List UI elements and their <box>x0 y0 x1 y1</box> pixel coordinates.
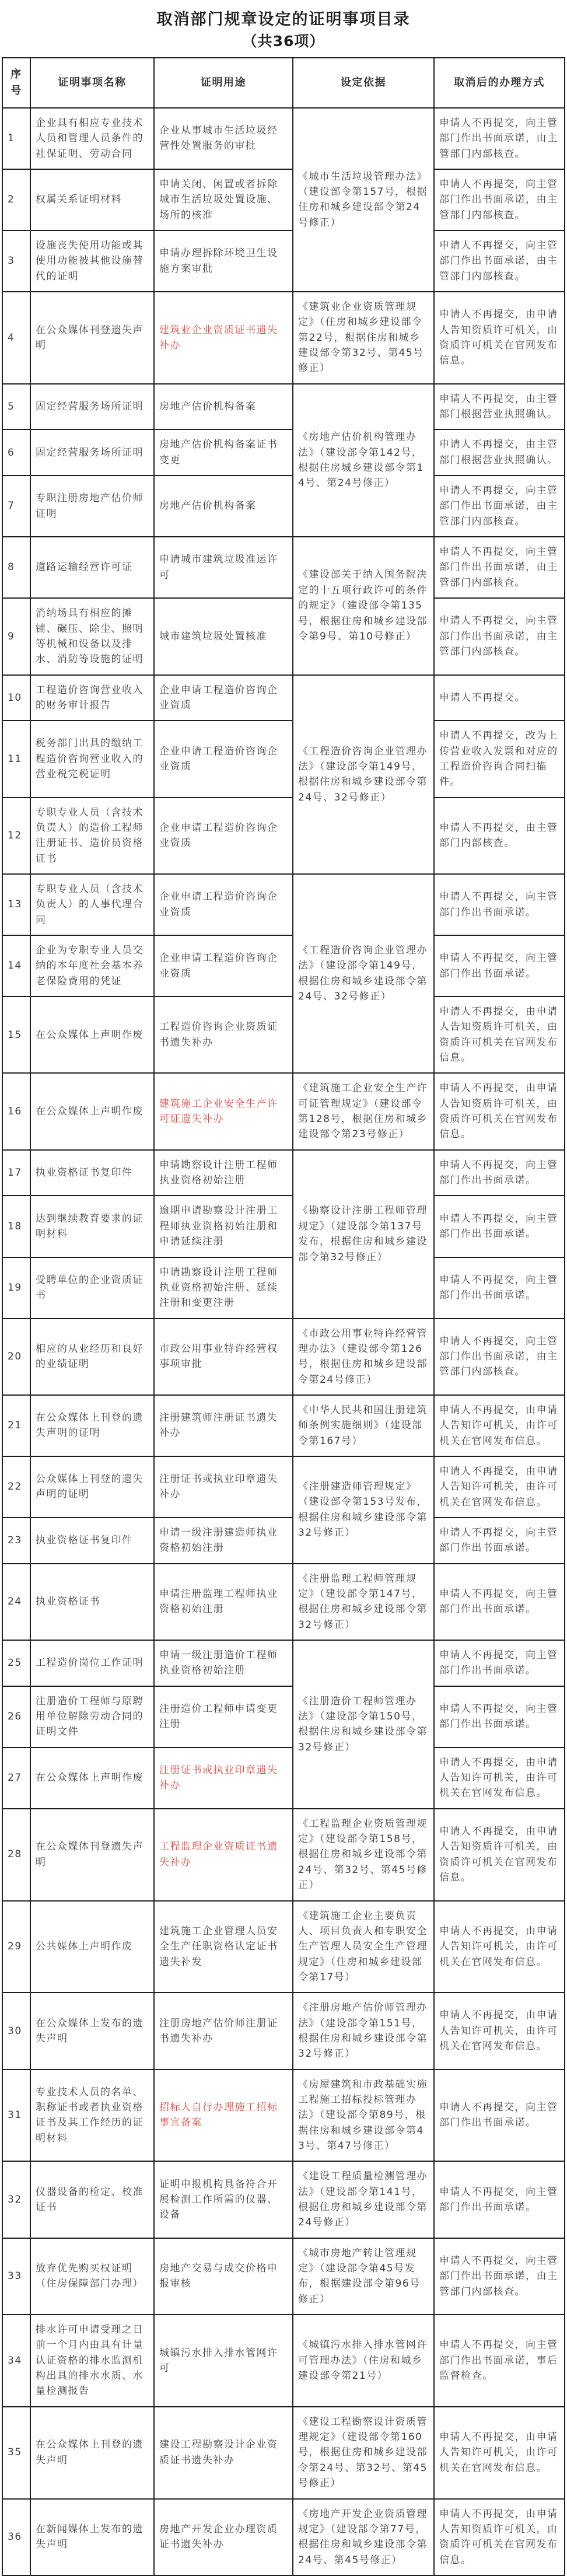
cell-row-number: 24 <box>2 1564 30 1640</box>
cell-purpose: 企业申请工程造价咨询企业资质 <box>154 798 293 874</box>
cell-purpose: 证明申报机构具备符合开展检测工作所需的仪器、设备 <box>154 2161 293 2238</box>
cell-item-name: 执业资格证书 <box>30 1564 154 1640</box>
cell-row-number: 26 <box>2 1686 30 1747</box>
cell-method: 申请人不再提交，由申请人告知许可机关，由许可机关在官网发布信息。 <box>434 1901 565 1993</box>
cell-purpose: 注册证书或执业印章遗失补办 <box>154 1747 293 1809</box>
cell-method: 申请人不再提交，向主管部门作出书面承诺，由主管部门内部核查。 <box>434 537 565 598</box>
cell-purpose: 房地产交易与成交价格申报审核 <box>154 2238 293 2315</box>
cell-row-number: 13 <box>2 874 30 935</box>
cell-row-number: 14 <box>2 935 30 997</box>
cell-purpose: 注册造价工程师申请变更注册 <box>154 1686 293 1747</box>
cell-method: 申请人不再提交，向主管部门作出书面承诺，由主管部门内部核查。 <box>434 476 565 537</box>
header-no: 序号 <box>2 58 30 108</box>
cell-item-name: 在公众媒体上声明作废 <box>30 1073 154 1149</box>
cell-row-number: 20 <box>2 1319 30 1395</box>
cell-method: 申请人不再提交，由申请人告知资质许可机关，由资质许可机关在官网发布信息。 <box>434 1809 565 1901</box>
cell-item-name: 放弃优先购买权证明（住房保障部门办理） <box>30 2238 154 2315</box>
page-subtitle: （共36项） <box>0 31 567 51</box>
cell-purpose: 房地产开发企业办理资质证书遗失补办 <box>154 2499 293 2575</box>
cell-method: 申请人不再提交，由申请人告知资质许可机关，由资质许可机关在官网发布信息。 <box>434 1073 565 1149</box>
cell-item-name: 企业具有相应专业技术人员和管理人员条件的社保证明、劳动合同 <box>30 108 154 169</box>
cell-basis: 《建设工程勘察设计资质管理规定》（建设部令第160号，根据住房和城乡建设部令第2… <box>293 2407 434 2499</box>
cell-purpose: 建设工程勘察设计企业资质证书遗失补办 <box>154 2407 293 2499</box>
cell-row-number: 10 <box>2 675 30 721</box>
table-row: 22公众媒体上刊登的遗失声明的证明注册证书或执业印章遗失补办《注册建造师管理规定… <box>2 1456 565 1518</box>
cell-row-number: 17 <box>2 1150 30 1196</box>
cell-item-name: 在公众媒体上发布的遗失声明 <box>30 1993 154 2069</box>
cell-row-number: 4 <box>2 292 30 384</box>
cell-item-name: 固定经营服务场所证明 <box>30 384 154 430</box>
cell-row-number: 36 <box>2 2499 30 2575</box>
table-row: 14企业为专职专业人员交纳的本年度社会基本养老保险费用的凭证企业申请工程造价咨询… <box>2 935 565 997</box>
cell-basis: 《城市生活垃圾管理办法》（建设部令第157号，根据住房和城乡建设部令第24号修正… <box>293 108 434 292</box>
table-row: 19受聘单位的企业资质证书申请勘察设计注册工程师执业资格初始注册、延续注册和变更… <box>2 1257 565 1319</box>
cell-row-number: 22 <box>2 1456 30 1518</box>
cell-basis: 《房地产估价机构管理办法》（建设部令第142号，根据住房城乡建设部令第14号、第… <box>293 384 434 537</box>
cell-row-number: 18 <box>2 1196 30 1257</box>
table-row: 27在公众媒体上声明作废注册证书或执业印章遗失补办申请人不再提交，由申请人告知许… <box>2 1747 565 1809</box>
cell-method: 申请人不再提交，由申请人告知资质许可机关，由资质许可机关在官网发布信息。 <box>434 2499 565 2575</box>
table-row: 35在公众媒体上刊登的遗失声明建设工程勘察设计企业资质证书遗失补办《建设工程勘察… <box>2 2407 565 2499</box>
table-row: 34排水许可申请受理之日前一个月内由具有计量认证资格的排水监测机构出具的排水水质… <box>2 2315 565 2407</box>
cell-method: 申请人不再提交，向主管部门作出书面承诺。 <box>434 1518 565 1564</box>
cell-purpose: 逾期申请勘察设计注册工程师执业资格初始注册和申请延续注册 <box>154 1196 293 1257</box>
table-row: 6固定经营服务场所证明房地产估价机构备案证书变更申请人不再提交，由主管部门根据营… <box>2 429 565 476</box>
cell-item-name: 在公众媒体上声明作废 <box>30 997 154 1073</box>
cell-item-name: 排水许可申请受理之日前一个月内由具有计量认证资格的排水监测机构出具的排水水质、水… <box>30 2315 154 2407</box>
cell-purpose: 城镇污水排入排水管网许可 <box>154 2315 293 2407</box>
cell-purpose: 注册房地产估价师注册证书遗失补办 <box>154 1993 293 2069</box>
cell-purpose: 企业申请工程造价咨询企业资质 <box>154 874 293 935</box>
cell-method: 申请人不再提交，向主管部门作出书面承诺，由主管部门内部核查。 <box>434 230 565 292</box>
cell-item-name: 相应的从业经历和良好的业绩证明 <box>30 1319 154 1395</box>
cell-method: 申请人不再提交，向主管部门作出书面承诺，由主管部门内部核查。 <box>434 598 565 674</box>
cell-row-number: 25 <box>2 1640 30 1686</box>
cell-row-number: 34 <box>2 2315 30 2407</box>
cell-row-number: 30 <box>2 1993 30 2069</box>
cell-purpose: 房地产估价机构备案 <box>154 476 293 537</box>
cell-item-name: 达到继续教育要求的证明材料 <box>30 1196 154 1257</box>
cell-purpose: 城市建筑垃圾处置核准 <box>154 598 293 674</box>
table-row: 3设施丧失使用功能或其使用功能被其他设施替代的证明申请办理拆除环境卫生设施方案审… <box>2 230 565 292</box>
header-purpose: 证明用途 <box>154 58 293 108</box>
cell-row-number: 23 <box>2 1518 30 1564</box>
table-row: 21在公众媒体上刊登的遗失声明的证明注册建筑师注册证书遗失补办《中华人民共和国注… <box>2 1395 565 1456</box>
cell-item-name: 受聘单位的企业资质证书 <box>30 1257 154 1319</box>
cell-basis: 《房地产开发企业资质管理规定》（建设部令第77号，根据住房和城乡建设部令第24号… <box>293 2499 434 2575</box>
cell-purpose: 房地产估价机构备案证书变更 <box>154 429 293 476</box>
cell-method: 申请人不再提交，向主管部门作出书面承诺。 <box>434 1686 565 1747</box>
cell-basis: 《注册造价工程师管理办法》（建设部令第150号，根据住房和城乡建设部令第32号修… <box>293 1640 434 1809</box>
table-row: 36在新闻媒体上发布的遗失声明房地产开发企业办理资质证书遗失补办《房地产开发企业… <box>2 2499 565 2575</box>
cell-row-number: 3 <box>2 230 30 292</box>
cell-item-name: 工程造价咨询营业收入的财务审计报告 <box>30 675 154 721</box>
cell-row-number: 35 <box>2 2407 30 2499</box>
document-page: 取消部门规章设定的证明事项目录 （共36项） 序号 证明事项名称 证明用途 设定… <box>0 0 567 2576</box>
cell-method: 申请人不再提交，向主管部门作出书面承诺。 <box>434 1640 565 1686</box>
cell-item-name: 专职专业人员（含技术负责人）的人事代理合同 <box>30 874 154 935</box>
cell-purpose: 招标人自行办理施工招标事宜备案 <box>154 2070 293 2162</box>
cell-row-number: 2 <box>2 169 30 230</box>
table-row: 26注册造价工程师与原聘用单位解除劳动合同的证明文件注册造价工程师申请变更注册申… <box>2 1686 565 1747</box>
table-row: 18达到继续教育要求的证明材料逾期申请勘察设计注册工程师执业资格初始注册和申请延… <box>2 1196 565 1257</box>
table-row: 8道路运输经营许可证申请城市建筑垃圾准运许可《建设部关于纳入国务院决定的十五项行… <box>2 537 565 598</box>
cell-method: 申请人不再提交，向主管部门作出书面承诺，事后监督检查。 <box>434 2315 565 2407</box>
document-title-block: 取消部门规章设定的证明事项目录 （共36项） <box>0 8 567 51</box>
cell-item-name: 公共媒体上声明作废 <box>30 1901 154 1993</box>
table-row: 7专职注册房地产估价师证明房地产估价机构备案申请人不再提交，向主管部门作出书面承… <box>2 476 565 537</box>
cell-item-name: 在公众媒体上刊登的遗失声明 <box>30 2407 154 2499</box>
cell-basis: 《建筑施工企业安全生产许可证管理规定》（建设部令第128号，根据住房和城乡建设部… <box>293 1073 434 1149</box>
table-row: 31专业技术人员的名单、职称证书或者执业资格证书及其工作经历的证明材料招标人自行… <box>2 2070 565 2162</box>
cell-purpose: 企业申请工程造价咨询企业资质 <box>154 675 293 721</box>
table-row: 30在公众媒体上发布的遗失声明注册房地产估价师注册证书遗失补办《注册房地产估价师… <box>2 1993 565 2069</box>
cell-purpose: 市政公用事业特许经营权事项审批 <box>154 1319 293 1395</box>
cell-basis: 《中华人民共和国注册建筑师条例实施细则》（建设部令第167号） <box>293 1395 434 1456</box>
table-row: 28在公众媒体刊登遗失声明工程监理企业资质证书遗失补办《工程监理企业资质管理规定… <box>2 1809 565 1901</box>
cell-purpose: 建筑施工企业管理人员安全生产任职资格认定证书遗失补发 <box>154 1901 293 1993</box>
cell-basis: 《建筑施工企业主要负责人、项目负责人和专职安全生产管理人员安全生产管理规定》（住… <box>293 1901 434 1993</box>
cell-method: 申请人不再提交，改为上传营业收入发票和对应的工程造价咨询合同扫描件。 <box>434 721 565 797</box>
cell-method: 申请人不再提交，由申请人告知许可机关，由许可机关在官网发布信息。 <box>434 1747 565 1809</box>
table-row: 17执业资格证书复印件申请勘察设计注册工程师执业资格初始注册《勘察设计注册工程师… <box>2 1150 565 1196</box>
page-title: 取消部门规章设定的证明事项目录 <box>0 8 567 31</box>
cell-row-number: 21 <box>2 1395 30 1456</box>
cell-row-number: 1 <box>2 108 30 169</box>
cell-method: 申请人不再提交，向主管部门作出书面承诺。 <box>434 2070 565 2162</box>
cell-method: 申请人不再提交，由申请人告知资质许可机关，由资质许可机关在官网发布信息。 <box>434 997 565 1073</box>
cell-purpose: 注册建筑师注册证书遗失补办 <box>154 1395 293 1456</box>
table-row: 29公共媒体上声明作废建筑施工企业管理人员安全生产任职资格认定证书遗失补发《建筑… <box>2 1901 565 1993</box>
cell-method: 申请人不再提交，由申请人告知许可机关，由许可机关在官网发布信息。 <box>434 1993 565 2069</box>
cell-basis: 《房屋建筑和市政基础实施工程施工招标投标管理办法》（建设部令第89号，根据住房和… <box>293 2070 434 2162</box>
table-row: 33放弃优先购买权证明（住房保障部门办理）房地产交易与成交价格申报审核《城市房地… <box>2 2238 565 2315</box>
cell-basis: 《注册建造师管理规定》（建设部令第153号发布，根据住房和城乡建设部令第32号修… <box>293 1456 434 1564</box>
cell-purpose: 申请关闭、闲置或者拆除城市生活垃圾处置设施、场所的核准 <box>154 169 293 230</box>
cell-row-number: 6 <box>2 429 30 476</box>
cell-method: 申请人不再提交，向主管部门作出书面承诺。 <box>434 1257 565 1319</box>
cell-method: 申请人不再提交，由申请人告知资质许可机关，由资质许可机关在官网发布信息。 <box>434 292 565 384</box>
cell-item-name: 设施丧失使用功能或其使用功能被其他设施替代的证明 <box>30 230 154 292</box>
table-row: 20相应的从业经历和良好的业绩证明市政公用事业特许经营权事项审批《市政公用事业特… <box>2 1319 565 1395</box>
cell-item-name: 专业技术人员的名单、职称证书或者执业资格证书及其工作经历的证明材料 <box>30 2070 154 2162</box>
cell-row-number: 32 <box>2 2161 30 2238</box>
table-row: 1企业具有相应专业技术人员和管理人员条件的社保证明、劳动合同企业从事城市生活垃圾… <box>2 108 565 169</box>
cell-item-name: 执业资格证书复印件 <box>30 1518 154 1564</box>
cell-method: 申请人不再提交，向主管部门作出书面承诺，由主管部门内部核查。 <box>434 2238 565 2315</box>
cell-row-number: 31 <box>2 2070 30 2162</box>
table-row: 25工程造价岗位工作证明申请一级注册造价工程师执业资格初始注册《注册造价工程师管… <box>2 1640 565 1686</box>
cell-method: 申请人不再提交，向主管部门作出书面承诺。 <box>434 935 565 997</box>
cell-basis: 《城市房地产转让管理规定》（建设部令第45号发布，根据建设部令第96号修正） <box>293 2238 434 2315</box>
cell-basis: 《注册监理工程师管理规定》（建设部令第147号，根据住房和城乡建设部令第32号修… <box>293 1564 434 1640</box>
cell-purpose: 申请注册监理工程师执业资格初始注册 <box>154 1564 293 1640</box>
cell-item-name: 注册造价工程师与原聘用单位解除劳动合同的证明文件 <box>30 1686 154 1747</box>
table-header-row: 序号 证明事项名称 证明用途 设定依据 取消后的办理方式 <box>2 58 565 108</box>
cell-row-number: 9 <box>2 598 30 674</box>
cell-purpose: 申请勘察设计注册工程师执业资格初始注册、延续注册和变更注册 <box>154 1257 293 1319</box>
cell-purpose: 工程监理企业资质证书遗失补办 <box>154 1809 293 1901</box>
cell-purpose: 建筑施工企业安全生产许可证遗失补办 <box>154 1073 293 1149</box>
table-row: 4在公众媒体刊登遗失声明建筑业企业资质证书遗失补办《建筑业企业资质管理规定》（住… <box>2 292 565 384</box>
table-row: 15在公众媒体上声明作废工程造价咨询企业资质证书遗失补办申请人不再提交，由申请人… <box>2 997 565 1073</box>
cell-purpose: 申请一级注册建造师执业资格初始注册 <box>154 1518 293 1564</box>
cell-item-name: 仪器设备的检定、校准证书 <box>30 2161 154 2238</box>
cell-row-number: 11 <box>2 721 30 797</box>
cell-row-number: 16 <box>2 1073 30 1149</box>
cell-method: 申请人不再提交，向主管部门作出书面承诺，由主管部门内部核查。 <box>434 169 565 230</box>
certification-items-table: 序号 证明事项名称 证明用途 设定依据 取消后的办理方式 1企业具有相应专业技术… <box>2 57 565 2576</box>
cell-purpose: 申请办理拆除环境卫生设施方案审批 <box>154 230 293 292</box>
cell-basis: 《勘察设计注册工程师管理规定》（建设部令第137号发布，根据住房和城乡建设部令第… <box>293 1150 434 1319</box>
cell-basis: 《城镇污水排入排水管网许可管理办法》（住房和城乡建设部令第21号） <box>293 2315 434 2407</box>
cell-basis: 《建筑业企业资质管理规定》（住房和城乡建设部令第22号，根据住房和城乡建设部令第… <box>293 292 434 384</box>
cell-method: 申请人不再提交，由申请人告知许可机关，由许可机关在官网发布信息。 <box>434 2407 565 2499</box>
cell-method: 申请人不再提交，向主管部门作出书面承诺。 <box>434 1564 565 1640</box>
cell-item-name: 税务部门出具的缴纳工程造价咨询营业收入的营业税完税证明 <box>30 721 154 797</box>
cell-basis: 《市政公用事业特许经营管理办法》（建设部令第126号，根据住房和城乡建设部令第2… <box>293 1319 434 1395</box>
cell-basis: 《工程造价咨询企业管理办法》（建设部令第149号，根据住房和城乡建设部令第24号… <box>293 874 434 1073</box>
cell-method: 申请人不再提交，向主管部门作出书面承诺。 <box>434 1196 565 1257</box>
cell-row-number: 19 <box>2 1257 30 1319</box>
cell-item-name: 在公众媒体刊登遗失声明 <box>30 1809 154 1901</box>
cell-method: 申请人不再提交，向主管部门作出书面承诺。 <box>434 2161 565 2238</box>
table-row: 10工程造价咨询营业收入的财务审计报告企业申请工程造价咨询企业资质《工程造价咨询… <box>2 675 565 721</box>
cell-row-number: 33 <box>2 2238 30 2315</box>
table-row: 12专职专业人员（含技术负责人）的造价工程师注册证书、造价员资格证书企业申请工程… <box>2 798 565 874</box>
cell-purpose: 建筑业企业资质证书遗失补办 <box>154 292 293 384</box>
cell-item-name: 权属关系证明材料 <box>30 169 154 230</box>
cell-item-name: 在公众媒体刊登遗失声明 <box>30 292 154 384</box>
cell-item-name: 在公众媒体上刊登的遗失声明的证明 <box>30 1395 154 1456</box>
cell-item-name: 执业资格证书复印件 <box>30 1150 154 1196</box>
cell-method: 申请人不再提交。 <box>434 675 565 721</box>
cell-item-name: 道路运输经营许可证 <box>30 537 154 598</box>
cell-method: 申请人不再提交，由主管部门内部核查。 <box>434 798 565 874</box>
cell-row-number: 27 <box>2 1747 30 1809</box>
cell-item-name: 在公众媒体上声明作废 <box>30 1747 154 1809</box>
cell-purpose: 房地产估价机构备案 <box>154 384 293 430</box>
cell-method: 申请人不再提交，由主管部门根据营业执照确认。 <box>434 384 565 430</box>
table-row: 5固定经营服务场所证明房地产估价机构备案《房地产估价机构管理办法》（建设部令第1… <box>2 384 565 430</box>
header-method: 取消后的办理方式 <box>434 58 565 108</box>
cell-item-name: 企业为专职专业人员交纳的本年度社会基本养老保险费用的凭证 <box>30 935 154 997</box>
cell-basis: 《注册房地产估价师管理办法》（建设部令第151号，根据住房和城乡建设部令第32号… <box>293 1993 434 2069</box>
cell-basis: 《建设工程质量检测管理办法》（建设部令第141号，根据住房和城乡建设部令第24号… <box>293 2161 434 2238</box>
table-row: 9消纳场具有相应的摊铺、碾压、除尘、照明等机械和设备以及排水、消防等设施的证明城… <box>2 598 565 674</box>
cell-basis: 《建设部关于纳入国务院决定的十五项行政许可的条件的规定》（建设部令第135号，根… <box>293 537 434 674</box>
table-row: 11税务部门出具的缴纳工程造价咨询营业收入的营业税完税证明企业申请工程造价咨询企… <box>2 721 565 797</box>
cell-row-number: 15 <box>2 997 30 1073</box>
table-row: 32仪器设备的检定、校准证书证明申报机构具备符合开展检测工作所需的仪器、设备《建… <box>2 2161 565 2238</box>
cell-item-name: 专职注册房地产估价师证明 <box>30 476 154 537</box>
cell-row-number: 29 <box>2 1901 30 1993</box>
cell-item-name: 专职专业人员（含技术负责人）的造价工程师注册证书、造价员资格证书 <box>30 798 154 874</box>
cell-method: 申请人不再提交，向主管部门作出书面承诺，由主管部门内部核查。 <box>434 108 565 169</box>
header-item-name: 证明事项名称 <box>30 58 154 108</box>
cell-item-name: 消纳场具有相应的摊铺、碾压、除尘、照明等机械和设备以及排水、消防等设施的证明 <box>30 598 154 674</box>
cell-row-number: 7 <box>2 476 30 537</box>
cell-purpose: 工程造价咨询企业资质证书遗失补办 <box>154 997 293 1073</box>
cell-basis: 《工程监理企业资质管理规定》（建设部令第158号，根据住房和城乡建设部令第24号… <box>293 1809 434 1901</box>
table-row: 23执业资格证书复印件申请一级注册建造师执业资格初始注册申请人不再提交，向主管部… <box>2 1518 565 1564</box>
cell-purpose: 企业申请工程造价咨询企业资质 <box>154 935 293 997</box>
cell-method: 申请人不再提交，由申请人告知许可机关，由许可机关在官网发布信息。 <box>434 1456 565 1518</box>
cell-row-number: 5 <box>2 384 30 430</box>
table-row: 24执业资格证书申请注册监理工程师执业资格初始注册《注册监理工程师管理规定》（建… <box>2 1564 565 1640</box>
cell-item-name: 在新闻媒体上发布的遗失声明 <box>30 2499 154 2575</box>
cell-method: 申请人不再提交，向主管部门作出书面承诺，由主管部门内部核查。 <box>434 1319 565 1395</box>
cell-item-name: 公众媒体上刊登的遗失声明的证明 <box>30 1456 154 1518</box>
table-row: 13专职专业人员（含技术负责人）的人事代理合同企业申请工程造价咨询企业资质《工程… <box>2 874 565 935</box>
cell-purpose: 企业从事城市生活垃圾经营性处置服务的审批 <box>154 108 293 169</box>
cell-purpose: 申请一级注册造价工程师执业资格初始注册 <box>154 1640 293 1686</box>
cell-row-number: 8 <box>2 537 30 598</box>
cell-item-name: 固定经营服务场所证明 <box>30 429 154 476</box>
cell-purpose: 注册证书或执业印章遗失补办 <box>154 1456 293 1518</box>
cell-method: 申请人不再提交，由主管部门根据营业执照确认。 <box>434 429 565 476</box>
table-row: 16在公众媒体上声明作废建筑施工企业安全生产许可证遗失补办《建筑施工企业安全生产… <box>2 1073 565 1149</box>
cell-purpose: 申请勘察设计注册工程师执业资格初始注册 <box>154 1150 293 1196</box>
cell-item-name: 工程造价岗位工作证明 <box>30 1640 154 1686</box>
cell-purpose: 申请城市建筑垃圾准运许可 <box>154 537 293 598</box>
cell-method: 申请人不再提交，向主管部门作出书面承诺。 <box>434 874 565 935</box>
cell-purpose: 企业申请工程造价咨询企业资质 <box>154 721 293 797</box>
cell-row-number: 28 <box>2 1809 30 1901</box>
cell-method: 申请人不再提交，向主管部门作出书面承诺。 <box>434 1150 565 1196</box>
cell-row-number: 12 <box>2 798 30 874</box>
table-row: 2权属关系证明材料申请关闭、闲置或者拆除城市生活垃圾处置设施、场所的核准申请人不… <box>2 169 565 230</box>
cell-basis: 《工程造价咨询企业管理办法》（建设部令第149号，根据住房和城乡建设部令第24号… <box>293 675 434 874</box>
cell-method: 申请人不再提交，由申请人告知许可机关，由许可机关在官网发布信息。 <box>434 1395 565 1456</box>
header-basis: 设定依据 <box>293 58 434 108</box>
